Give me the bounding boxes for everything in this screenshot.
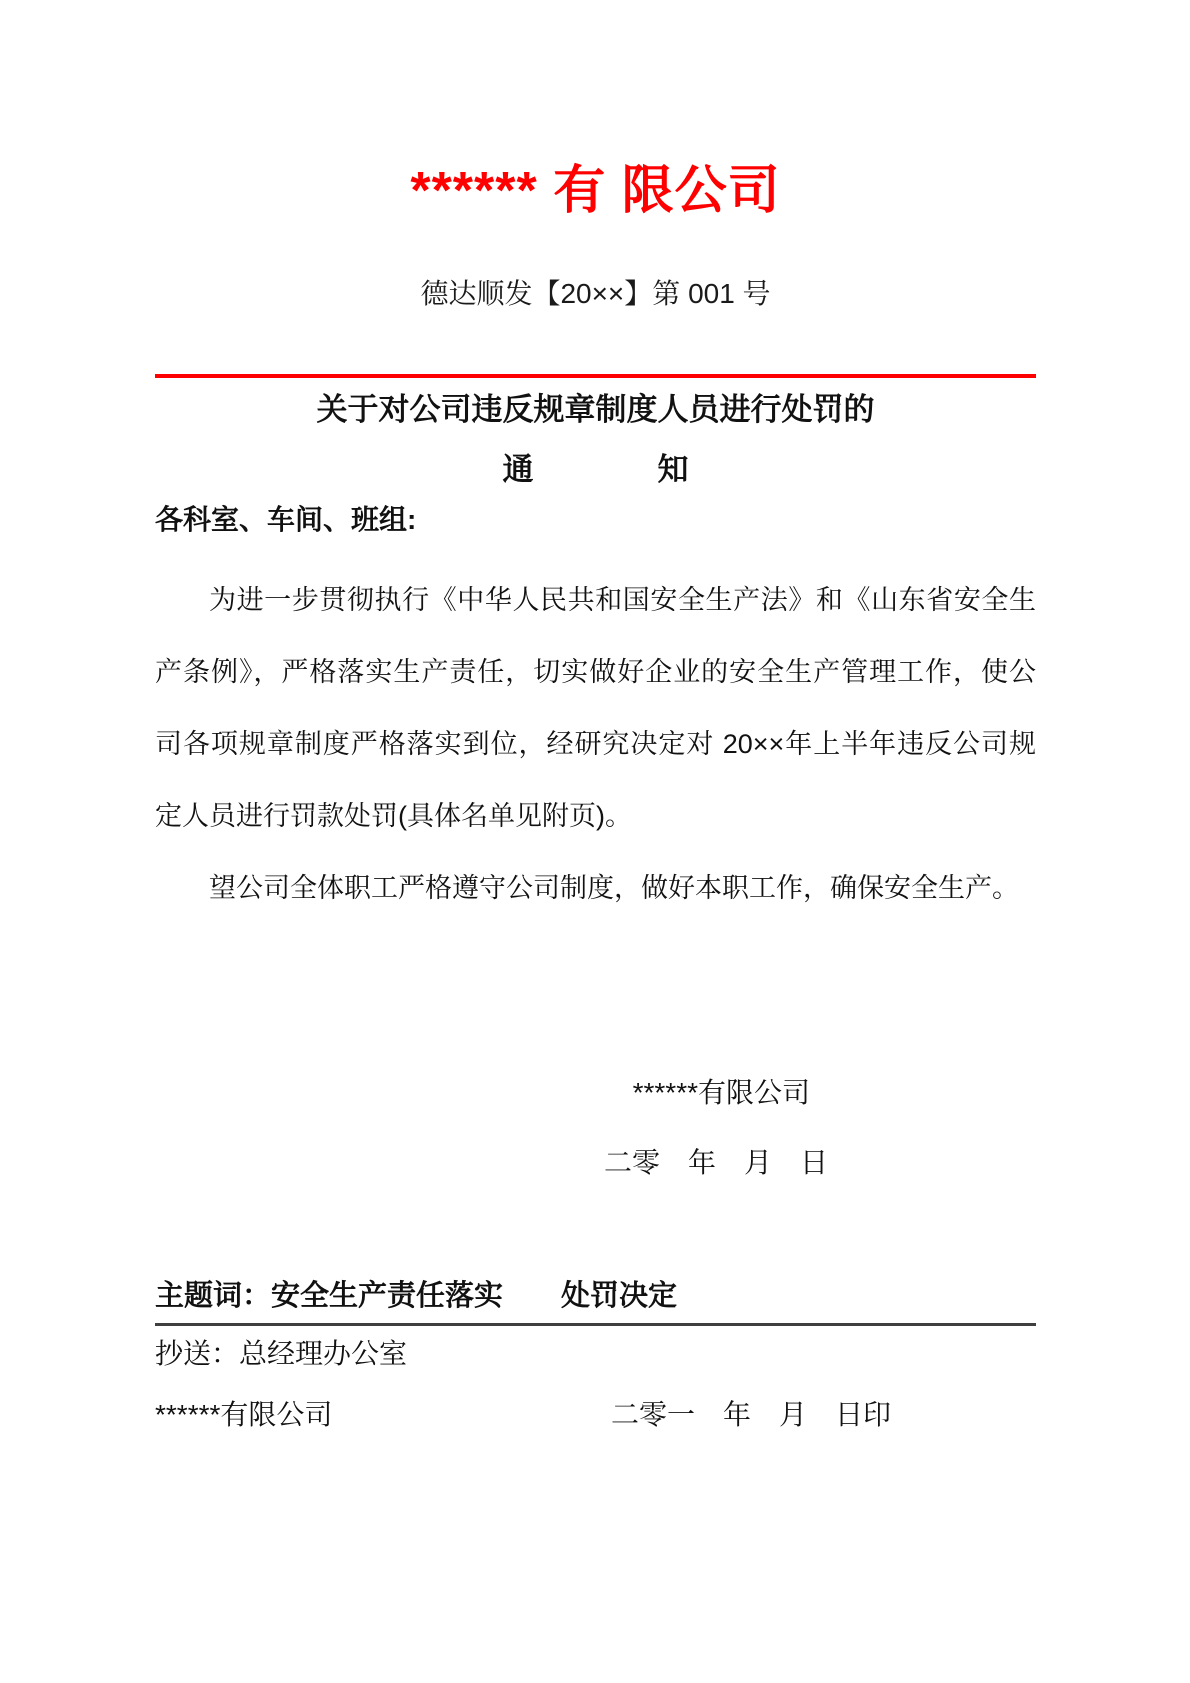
closing-line: 望公司全体职工严格遵守公司制度，做好本职工作，确保安全生产。 — [155, 852, 1036, 924]
salutation: 各科室、车间、班组: — [155, 502, 1036, 538]
cc-value: 总经理办公室 — [239, 1338, 407, 1369]
company-title: ****** 有 限公司 — [155, 158, 1036, 224]
subject-line: 主题词：安全生产责任落实 处罚决定 — [155, 1277, 1036, 1315]
signature-company: ******有限公司 — [155, 1076, 1036, 1110]
imprint-print-date: 二零一 年 月 日印 — [611, 1398, 1036, 1432]
body-line: 定人员进行罚款处罚(具体名单见附页)。 — [155, 780, 1036, 852]
red-divider — [155, 374, 1036, 378]
imprint-issuer: ******有限公司 — [155, 1398, 332, 1432]
notice-subtitle: 通 知 — [155, 450, 1036, 490]
body-line: 为进一步贯彻执行《中华人民共和国安全生产法》和《山东省安全生 — [155, 564, 1036, 636]
doc-number: 德达顺发【20××】第 001 号 — [155, 276, 1036, 312]
signature-date: 二零 年 月 日 — [155, 1146, 1036, 1180]
cc-label: 抄送： — [155, 1338, 239, 1369]
document-page: ****** 有 限公司 德达顺发【20××】第 001 号 关于对公司违反规章… — [0, 0, 1190, 1683]
body-line: 产条例》，严格落实生产责任，切实做好企业的安全生产管理工作，使公 — [155, 636, 1036, 708]
footer-divider — [155, 1323, 1036, 1326]
imprint-row: ******有限公司 二零一 年 月 日印 — [155, 1398, 1036, 1432]
cc-line: 抄送：总经理办公室 — [155, 1336, 1036, 1372]
body-line: 司各项规章制度严格落实到位，经研究决定对 20××年上半年违反公司规 — [155, 708, 1036, 780]
notice-body: 为进一步贯彻执行《中华人民共和国安全生产法》和《山东省安全生 产条例》，严格落实… — [155, 564, 1036, 924]
notice-title: 关于对公司违反规章制度人员进行处罚的 — [155, 390, 1036, 430]
document-content: ****** 有 限公司 德达顺发【20××】第 001 号 关于对公司违反规章… — [155, 158, 1036, 1432]
